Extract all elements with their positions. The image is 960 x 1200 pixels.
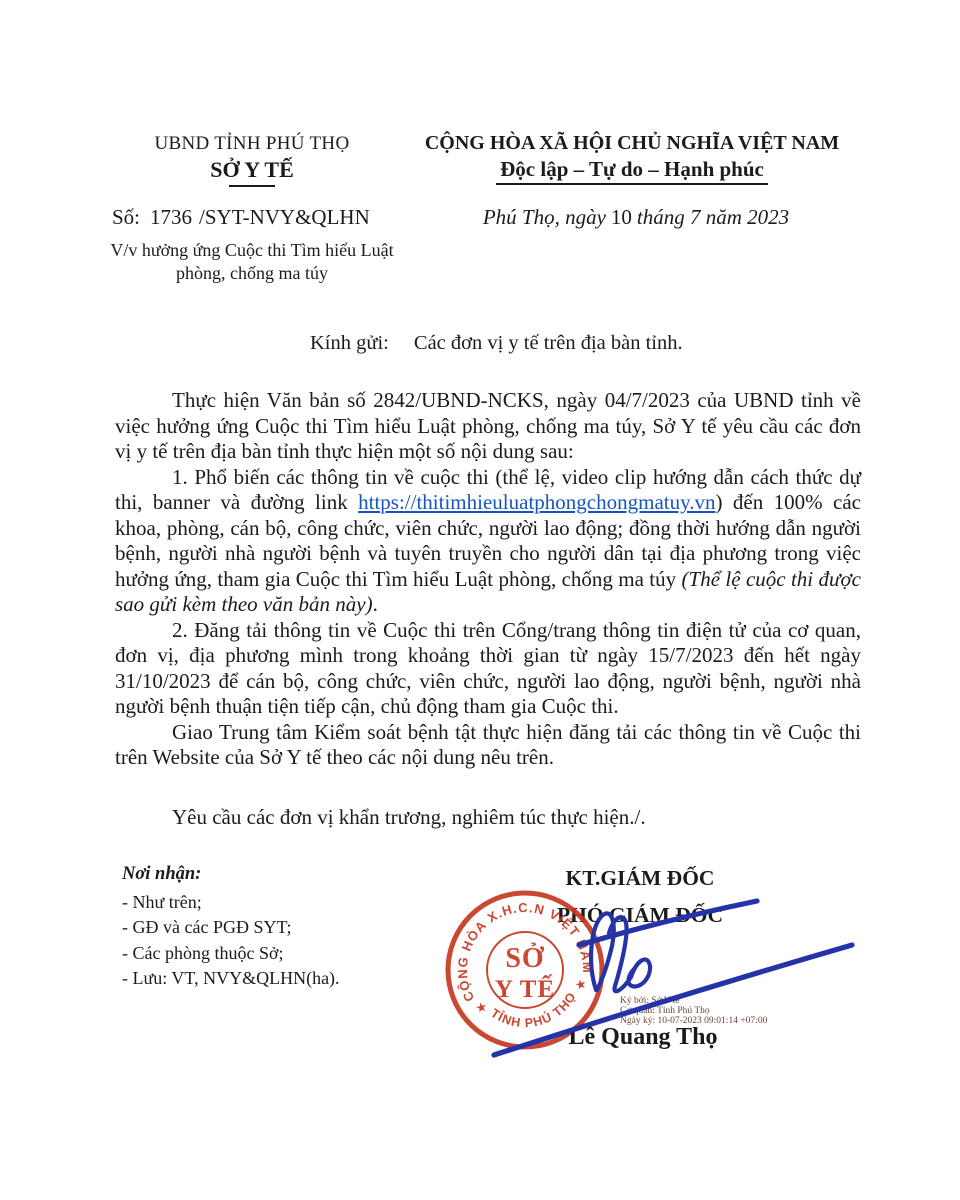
paragraph-2-period: . [373, 592, 378, 616]
signature-flourish-lower [494, 945, 852, 1055]
recipient-item: - Các phòng thuộc Sở; [122, 941, 340, 967]
org-name: SỞ Y TẾ [77, 157, 427, 183]
doc-subject-line1: V/v hưởng ứng Cuộc thi Tìm hiểu Luật [77, 239, 427, 262]
recipient-item: - GĐ và các PGĐ SYT; [122, 915, 340, 941]
doc-number-value: 1736 [150, 205, 192, 229]
doc-number-line: Số:1736/SYT-NVY&QLHN [112, 205, 370, 230]
national-header-block: CỘNG HÒA XÃ HỘI CHỦ NGHĨA VIỆT NAM Độc l… [422, 132, 842, 185]
salutation-label: Kính gửi: [310, 332, 389, 354]
signature-scrawl [628, 959, 650, 986]
doc-number-suffix: /SYT-NVY&QLHN [199, 205, 370, 229]
recipient-item: - Lưu: VT, NVY&QLHN(ha). [122, 966, 340, 992]
letter-body: Thực hiện Văn bản số 2842/UBND-NCKS, ngà… [115, 388, 861, 830]
contest-website-link[interactable]: https://thitimhieuluatphongchongmatuy.vn [358, 490, 715, 514]
signature-flourish-upper [579, 901, 757, 945]
salutation-line: Kính gửi:Các đơn vị y tế trên địa bàn tỉ… [310, 332, 683, 355]
place-date-suffix: tháng 7 năm 2023 [637, 205, 789, 229]
recipients-list: - Như trên; - GĐ và các PGĐ SYT; - Các p… [122, 890, 340, 992]
body-paragraph-4: Giao Trung tâm Kiểm soát bệnh tật thực h… [115, 720, 861, 771]
national-title: CỘNG HÒA XÃ HỘI CHỦ NGHĨA VIỆT NAM [422, 132, 842, 155]
doc-subject-line2: phòng, chống ma túy [77, 262, 427, 285]
recipients-block: Nơi nhận: - Như trên; - GĐ và các PGĐ SY… [122, 862, 340, 992]
place-date-prefix: Phú Thọ, ngày [483, 205, 606, 229]
date-day: 10 [606, 205, 637, 229]
official-letter-page: UBND TỈNH PHÚ THỌ SỞ Y TẾ CỘNG HÒA XÃ HỘ… [0, 0, 960, 1200]
doc-subject: V/v hưởng ứng Cuộc thi Tìm hiểu Luật phò… [77, 239, 427, 284]
body-paragraph-1: Thực hiện Văn bản số 2842/UBND-NCKS, ngà… [115, 388, 861, 465]
recipients-label: Nơi nhận: [122, 862, 340, 888]
body-paragraph-3: 2. Đăng tải thông tin về Cuộc thi trên C… [115, 618, 861, 720]
org-parent-name: UBND TỈNH PHÚ THỌ [77, 133, 427, 155]
recipient-item: - Như trên; [122, 890, 340, 916]
closing-line: Yêu cầu các đơn vị khẩn trương, nghiêm t… [115, 805, 861, 831]
motto-underline [496, 183, 768, 185]
salutation-recipient: Các đơn vị y tế trên địa bàn tỉnh. [414, 332, 683, 354]
issuing-org-block: UBND TỈNH PHÚ THỌ SỞ Y TẾ [77, 133, 427, 187]
doc-number-label: Số: [112, 205, 140, 229]
body-paragraph-2: 1. Phổ biến các thông tin về cuộc thi (t… [115, 465, 861, 618]
national-motto: Độc lập – Tự do – Hạnh phúc [422, 157, 842, 182]
org-name-underline [229, 185, 275, 187]
place-date-line: Phú Thọ, ngày10tháng 7 năm 2023 [436, 205, 836, 230]
handwritten-signature [450, 878, 870, 1078]
